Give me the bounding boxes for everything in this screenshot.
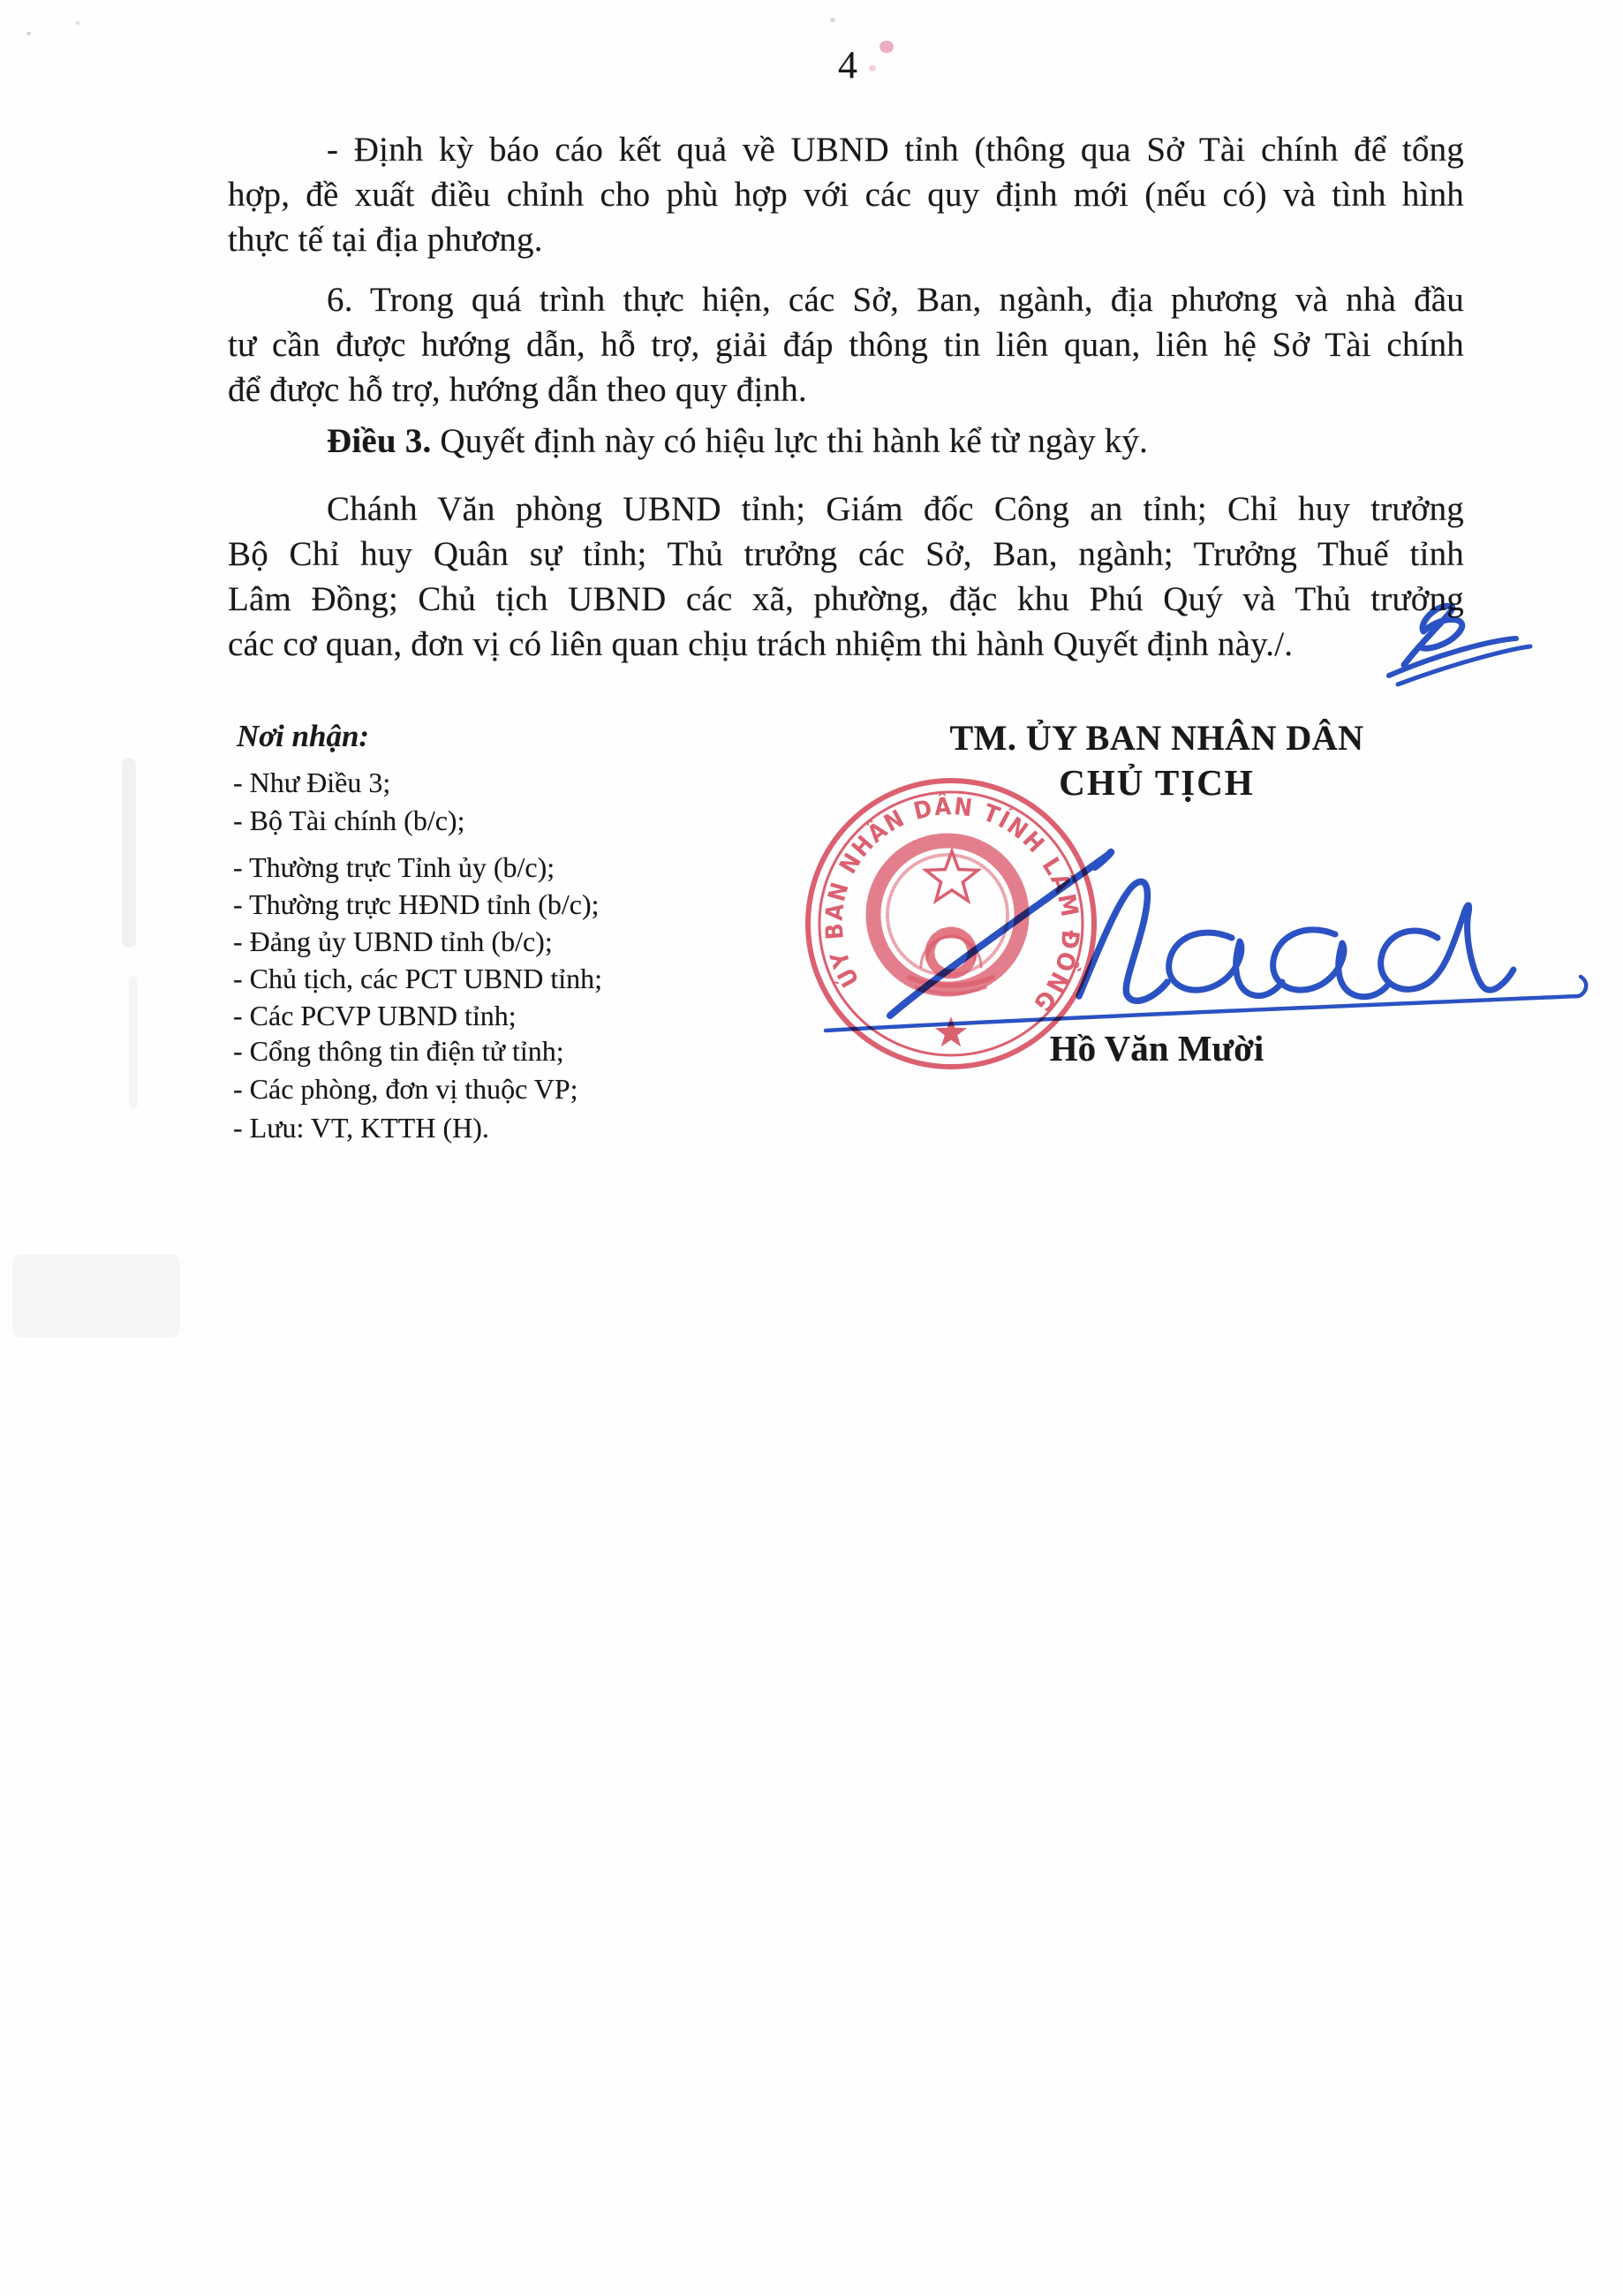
paraph-initial — [1373, 596, 1559, 698]
recipient-item: - Lưu: VT, KTTH (H). — [233, 1110, 489, 1145]
recipient-item: - Chủ tịch, các PCT UBND tỉnh; — [233, 961, 602, 996]
recipient-item: - Cổng thông tin điện tử tỉnh; — [233, 1033, 564, 1069]
paraph-strokes — [1389, 606, 1530, 684]
recipients-heading: Nơi nhận: — [237, 719, 369, 754]
body-line: để được hỗ trợ, hướng dẫn theo quy định. — [228, 367, 1464, 412]
signature — [777, 751, 1607, 1139]
recipient-item: - Đảng ủy UBND tỉnh (b/c); — [233, 924, 553, 959]
recipient-item: - Bộ Tài chính (b/c); — [233, 803, 464, 838]
scan-speck — [869, 65, 876, 72]
document-page: 4 - Định kỳ báo cáo kết quả về UBND tỉnh… — [0, 0, 1623, 2296]
article-label: Điều 3. — [327, 422, 431, 460]
scan-speck — [76, 21, 79, 25]
paragraph-report-duty: - Định kỳ báo cáo kết quả về UBND tỉnh (… — [228, 127, 1464, 262]
body-line: 6. Trong quá trình thực hiện, các Sở, Ba… — [228, 277, 1464, 322]
body-line: Chánh Văn phòng UBND tỉnh; Giám đốc Công… — [228, 487, 1464, 532]
body-line: hợp, đề xuất điều chỉnh cho phù hợp với … — [228, 172, 1464, 217]
signature-underline — [826, 977, 1586, 1031]
scan-speck — [830, 18, 835, 22]
recipient-item: - Các PCVP UBND tỉnh; — [233, 998, 517, 1033]
body-line: Lâm Đồng; Chủ tịch UBND các xã, phường, … — [228, 577, 1464, 622]
scan-smudge — [12, 1254, 180, 1338]
body-line: các cơ quan, đơn vị có liên quan chịu tr… — [228, 622, 1464, 667]
body-line: - Định kỳ báo cáo kết quả về UBND tỉnh (… — [228, 127, 1464, 172]
scan-smudge — [122, 758, 136, 948]
scan-speck — [26, 32, 31, 35]
paragraph-responsibility: Chánh Văn phòng UBND tỉnh; Giám đốc Công… — [228, 487, 1464, 667]
paragraph-item-6: 6. Trong quá trình thực hiện, các Sở, Ba… — [228, 277, 1464, 412]
body-line: tư cần được hướng dẫn, hỗ trợ, giải đáp … — [228, 322, 1464, 367]
recipient-item: - Như Điều 3; — [233, 765, 390, 800]
body-line: thực tế tại địa phương. — [228, 217, 1464, 262]
recipient-item: - Các phòng, đơn vị thuộc VP; — [233, 1071, 578, 1106]
recipient-item: - Thường trực Tỉnh ủy (b/c); — [233, 850, 555, 885]
scan-smudge — [129, 976, 138, 1108]
recipient-item: - Thường trực HĐND tỉnh (b/c); — [233, 887, 600, 922]
scan-speck — [879, 41, 894, 53]
body-line: Bộ Chỉ huy Quân sự tỉnh; Thủ trưởng các … — [228, 532, 1464, 577]
article-text: Quyết định này có hiệu lực thi hành kể t… — [440, 422, 1148, 460]
signature-strokes — [826, 852, 1586, 1031]
paragraph-article-3: Điều 3. Quyết định này có hiệu lực thi h… — [228, 419, 1623, 464]
